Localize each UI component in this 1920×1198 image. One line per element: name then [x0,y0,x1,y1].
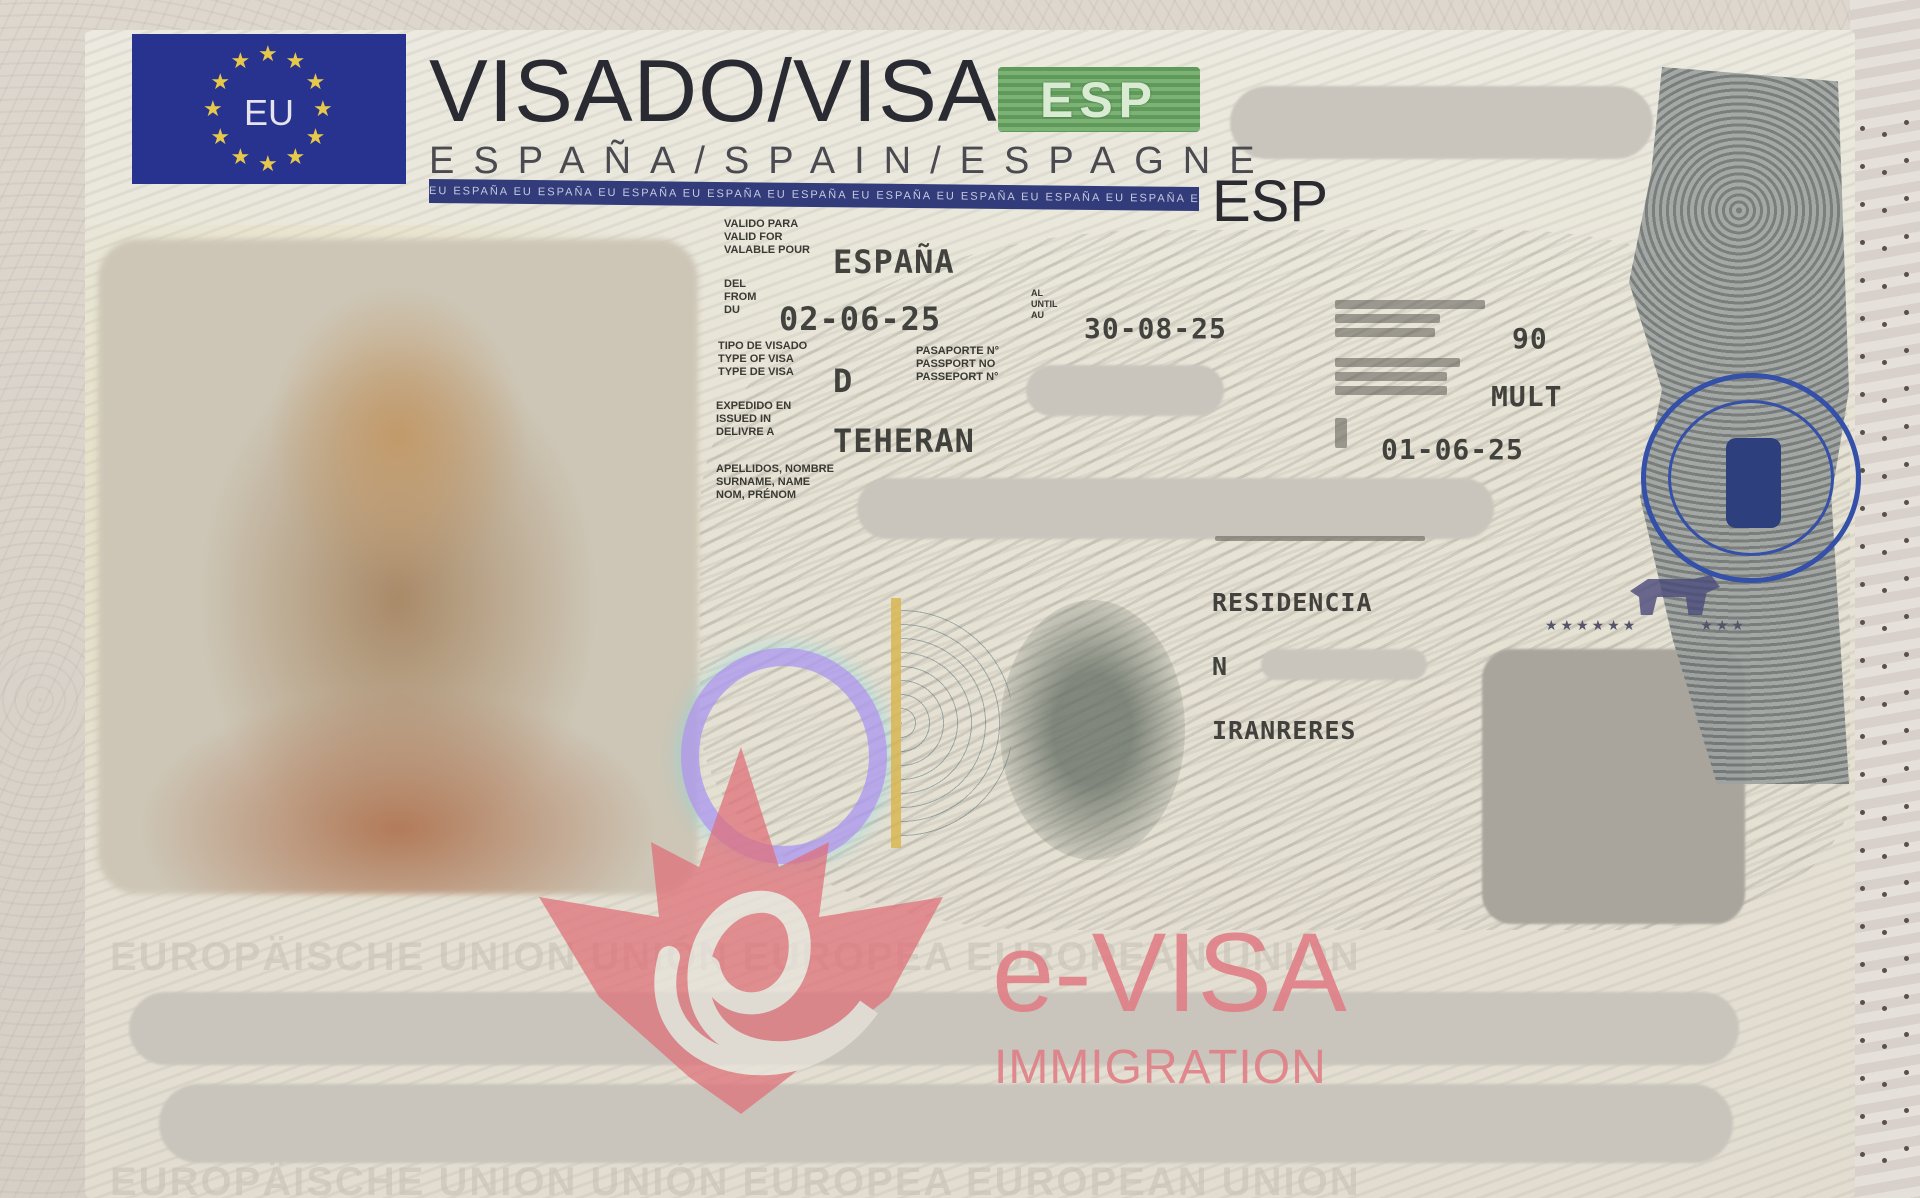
label-valid-for: VALIDO PARA VALID FOR VALABLE POUR [724,218,810,257]
eu-star-icon: ★ [306,126,326,148]
label-issue-date [1335,418,1347,448]
perforation-dot [1904,652,1909,657]
label-type-of-visa: TIPO DE VISADO TYPE OF VISA TYPE DE VISA [718,340,807,379]
label-surname-name: APELLIDOS, NOMBRE SURNAME, NAME NOM, PRÉ… [716,463,834,502]
perforation-dot [1860,696,1865,701]
perforation-dot [1860,164,1865,169]
value-from: 02-06-25 [779,300,941,338]
perforation-dot [1904,842,1909,847]
country-badge-text: ESP [1040,71,1158,129]
label-from: DEL FROM DU [724,278,756,317]
redacted-remark-id [1261,649,1427,680]
label-number-of-entries [1335,386,1447,395]
perforation-dot [1860,1114,1865,1119]
remark-line-1: RESIDENCIA [1212,588,1373,617]
perforation-dot [1904,804,1909,809]
value-valid-for: ESPAÑA [833,243,955,281]
remark-line-3: IRANRERES [1212,716,1356,745]
eu-star-icon: ★ [313,98,333,120]
perforation-dot [1904,234,1909,239]
background-union-text-2: EUROPÄISCHE UNION UNIÓN EUROPEA EUROPEAN… [110,1160,1361,1198]
perforation-dot [1882,132,1887,137]
perforation-dot [1882,360,1887,365]
perforation-dot [1882,398,1887,403]
perforation-dot [1882,1120,1887,1125]
perforation-dot [1860,962,1865,967]
perforation-dot [1860,1152,1865,1157]
perforation-dot [1882,664,1887,669]
perforation-dot [1904,1146,1909,1151]
perforation-dot [1860,430,1865,435]
perforation-dot [1904,196,1909,201]
perforation-dot [1882,702,1887,707]
perforation-dot [1860,582,1865,587]
watermark-brand-main: e-VISA [992,917,1347,1029]
perforation-dot [1904,728,1909,733]
label-number-of-entries [1335,358,1460,367]
perforation-dot [1860,544,1865,549]
redacted-passport-number [1026,365,1224,416]
perforation-dot [1904,994,1909,999]
perforation-dot [1904,1070,1909,1075]
perforation-dot [1882,854,1887,859]
country-badge: ESP [998,67,1200,132]
label-until: AL UNTIL AU [1031,288,1058,321]
perforation-dot [1882,170,1887,175]
perforation-dot [1860,848,1865,853]
eu-star-icon: ★ [231,146,251,168]
perforation-dot [1882,740,1887,745]
issuing-state-code: ESP [1212,168,1328,235]
perforation-dot [1882,816,1887,821]
perforation-dot [1860,1000,1865,1005]
eu-star-icon: ★ [258,43,278,65]
eu-star-icon: ★ [286,146,306,168]
perforation-dot [1860,1076,1865,1081]
perforation-dot [1882,322,1887,327]
perforation-dot [1904,880,1909,885]
label-number-of-entries [1335,372,1447,381]
perforation-dot [1904,386,1909,391]
perforation-dot [1882,550,1887,555]
perforation-dot [1904,310,1909,315]
perforation-dot [1904,1032,1909,1037]
perforation-dot [1860,278,1865,283]
perforation-dot [1860,354,1865,359]
value-until: 30-08-25 [1084,312,1227,345]
perforation-dot [1882,246,1887,251]
eu-star-icon: ★ [306,71,326,93]
eu-star-icon: ★ [203,98,223,120]
perforation-dot [1904,120,1909,125]
perforation-dot [1904,1108,1909,1113]
redacted-surname-name [857,478,1494,539]
perforation-dot [1860,126,1865,131]
perforation-dot [1860,924,1865,929]
document-title: VISADO/VISA [429,40,998,142]
value-issued-in: TEHERAN [833,422,975,460]
perforation-dot [1882,1006,1887,1011]
perforation-dot [1882,778,1887,783]
eu-flag-label: EU [244,92,294,134]
perforation-dot [1882,588,1887,593]
perforation-dot [1860,658,1865,663]
perforation-dot [1904,766,1909,771]
label-issued-in: EXPEDIDO EN ISSUED IN DELIVRE A [716,400,791,439]
surname-underline-text [1215,536,1425,541]
perforation-dot [1860,734,1865,739]
eu-star-icon: ★ [258,153,278,175]
perforation-dot [1904,690,1909,695]
perforation-dot [1860,202,1865,207]
perforation-dot [1904,576,1909,581]
label-duration-of-stay [1335,300,1485,309]
perforation-dot [1882,968,1887,973]
redacted-visa-number [1230,86,1653,159]
stamp-crest-icon [1726,438,1781,528]
perforation-dot [1860,886,1865,891]
maple-leaf-icon [539,747,943,1114]
perforation-dot [1860,506,1865,511]
eu-star-icon: ★ [231,50,251,72]
consulate-stamp [1641,373,1861,583]
label-duration-of-stay [1335,314,1440,323]
perforation-dot [1860,620,1865,625]
eu-star-icon: ★ [210,71,230,93]
label-passport-number: PASAPORTE N° PASSPORT No PASSEPORT N° [916,345,999,384]
remark-line-2: N [1212,652,1228,681]
perforation-dot [1904,348,1909,353]
perforation-dot [1882,208,1887,213]
perforation-dot [1904,272,1909,277]
watermark-brand-sub: IMMIGRATION [994,1044,1327,1092]
perforation-dot [1882,626,1887,631]
perforation-dot [1882,1158,1887,1163]
perforation-dot [1882,284,1887,289]
value-issue-date: 01-06-25 [1381,433,1524,466]
perforation-dot [1904,614,1909,619]
perforation-dot [1882,1044,1887,1049]
perforation-dot [1860,772,1865,777]
perforation-dot [1904,538,1909,543]
value-type-of-visa: D [833,362,853,400]
perforation-dot [1860,240,1865,245]
perforation-dot [1860,1038,1865,1043]
perforation-dot [1882,512,1887,517]
document-subtitle: ESPAÑA/SPAIN/ESPAGNE [429,140,1274,183]
eu-star-icon: ★ [210,126,230,148]
perforation-dot [1860,810,1865,815]
value-number-of-entries: MULT [1491,380,1562,413]
eu-star-icon: ★ [286,50,306,72]
evisa-watermark-logo: e-VISA IMMIGRATION [539,747,1379,1117]
label-duration-of-stay [1335,328,1435,337]
perforation-dot [1860,316,1865,321]
eu-flag-icon: EU ★★★★★★★★★★★★ [132,34,406,184]
perforation-dot [1860,392,1865,397]
perforation-dot [1904,158,1909,163]
perforation-dot [1904,956,1909,961]
perforation-dot [1882,1082,1887,1087]
perforation-dot [1904,918,1909,923]
perforation-dot [1882,892,1887,897]
stars-row-icon: ★★★★★★ ★★★ [1545,617,1747,634]
perforation-dot [1882,474,1887,479]
perforation-dot [1882,436,1887,441]
value-duration-of-stay: 90 [1512,322,1548,355]
perforation-dot [1904,424,1909,429]
passport-page-margin [1850,0,1920,1198]
perforation-dot [1904,462,1909,467]
perforation-dot [1882,930,1887,935]
perforation-dot [1904,500,1909,505]
